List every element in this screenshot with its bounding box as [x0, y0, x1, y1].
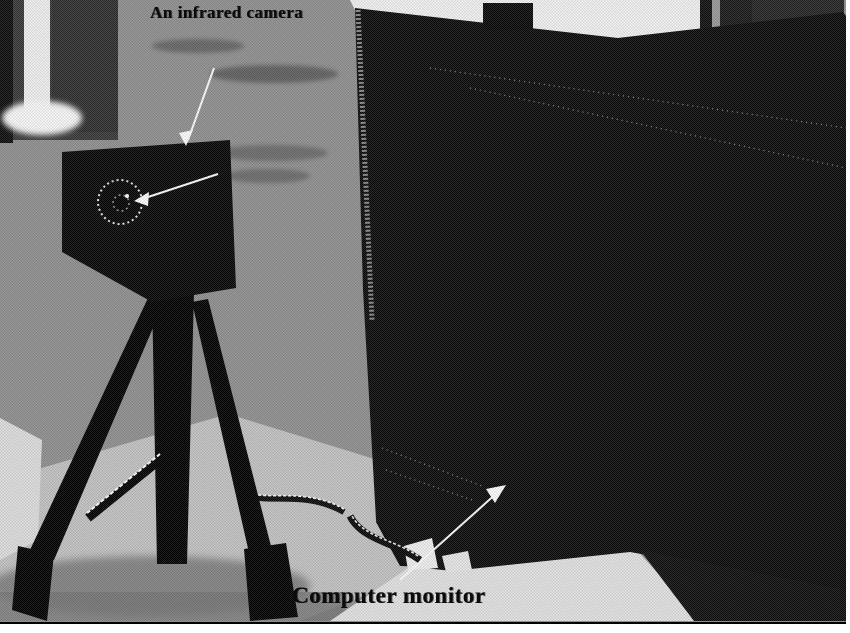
background-smudge — [216, 145, 328, 161]
monitor-label: Computer monitor — [292, 583, 485, 609]
page: An infrared camera Computer monitor — [0, 0, 850, 633]
tripod-center-column — [152, 292, 194, 564]
camera-arrow-upper — [188, 68, 214, 140]
photo-shapes — [0, 0, 846, 622]
lens-glint — [125, 194, 129, 198]
experiment-photo: An infrared camera Computer monitor — [0, 0, 846, 624]
monitor — [355, 8, 846, 592]
tripod-foot-left — [12, 546, 54, 621]
background-smudge — [226, 169, 310, 183]
camera — [62, 140, 236, 302]
window-flare — [2, 101, 82, 135]
background-smudge — [152, 39, 244, 53]
background-smudge — [210, 65, 338, 83]
camera-body — [62, 140, 236, 302]
camera-label: An infrared camera — [150, 3, 303, 23]
monitor-top-tab — [483, 3, 533, 30]
